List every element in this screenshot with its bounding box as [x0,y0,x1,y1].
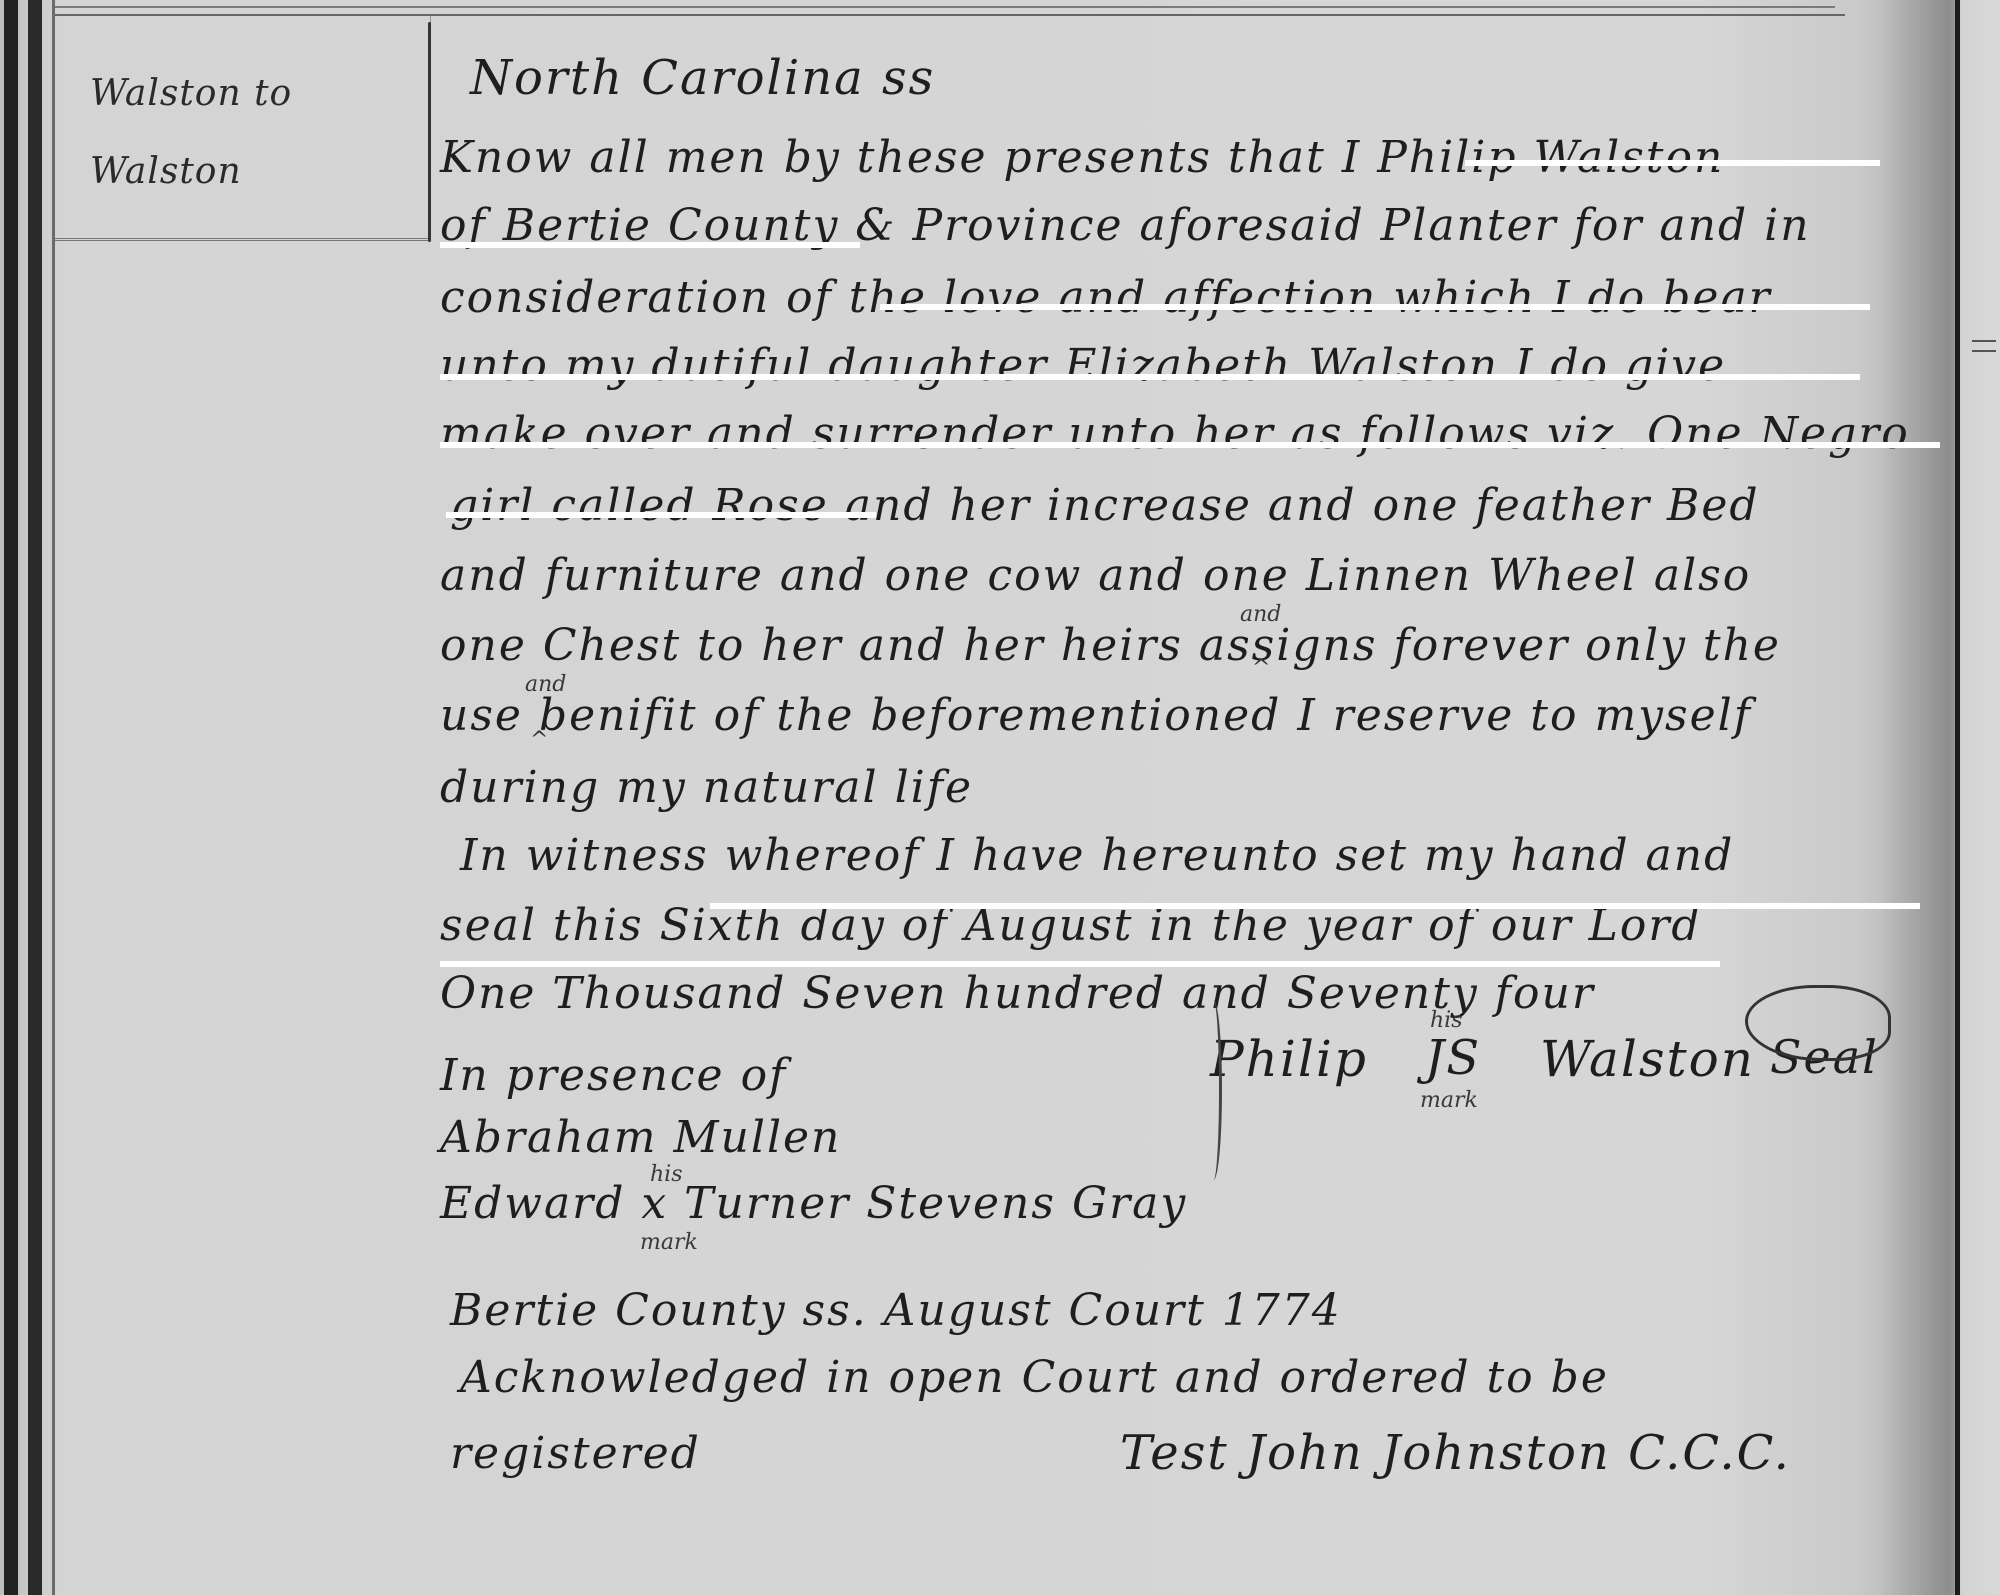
highlight-underline [446,512,876,518]
margin-brace [428,22,431,242]
caret-mark: ^ [1252,656,1270,681]
top-ledger-rule [55,6,1835,8]
deed-line: girl called Rose and her increase and on… [450,480,1760,531]
court-record-line: Acknowledged in open Court and ordered t… [460,1352,1609,1403]
court-record-line: Bertie County ss. August Court 1774 [450,1285,1342,1336]
highlight-underline [440,442,1940,448]
mark-annotation-his: his [650,1162,683,1187]
margin-entry-line1: Walston to [90,55,292,133]
page-edge [1955,0,1960,1595]
margin-entry-line2: Walston [90,133,292,211]
deed-line: Know all men by these presents that I Ph… [440,132,1724,183]
highlight-underline [1465,160,1880,166]
highlight-underline [440,374,1860,380]
highlight-underline [440,961,1720,967]
signature-mark: JS [1425,1030,1481,1086]
witness-brace [1205,1000,1222,1180]
highlight-underline [440,242,860,248]
deed-line: consideration of the love and affection … [440,272,1772,323]
binding-rule [28,0,42,1595]
highlight-underline [710,903,1920,909]
witness-label: In presence of [440,1050,787,1101]
caret-mark: ^ [530,728,548,753]
deed-line: One Thousand Seven hundred and Seventy f… [440,968,1595,1019]
highlight-underline [880,304,1870,310]
witness-name: Abraham Mullen [440,1112,841,1163]
margin-entry: Walston to Walston [90,55,292,211]
court-attestation: Test John Johnston C.C.C. [1120,1425,1791,1481]
interlinear-insertion: and [525,672,566,697]
signature-first-name: Philip [1210,1030,1368,1088]
mark-annotation-mark: mark [640,1230,698,1255]
page-gutter-shadow [1860,0,1955,1595]
court-record-line: registered [450,1428,701,1479]
binding-rule [4,0,18,1595]
signature-last-name: Walston [1540,1030,1755,1088]
witness-name: Edward x Turner Stevens Gray [440,1178,1187,1229]
deed-line: make over and surrender unto her as foll… [440,408,1910,459]
interlinear-insertion: and [1240,602,1281,627]
deed-line: and furniture and one cow and one Linnen… [440,550,1751,601]
deed-heading: North Carolina ss [470,50,935,106]
deed-line: one Chest to her and her heirs assigns f… [440,620,1781,671]
deed-line: use benifit of the beforementioned I res… [440,690,1752,741]
deed-line: In witness whereof I have hereunto set m… [460,830,1734,881]
ledger-page: Walston to Walston North Carolina ss Kno… [0,0,2000,1595]
signature-mark-label: mark [1420,1088,1478,1113]
deed-line: during my natural life [440,762,973,813]
margin-mark [1972,350,1996,352]
deed-line: unto my dutiful daughter Elizabeth Walst… [440,340,1726,391]
seal-outline [1745,985,1891,1061]
